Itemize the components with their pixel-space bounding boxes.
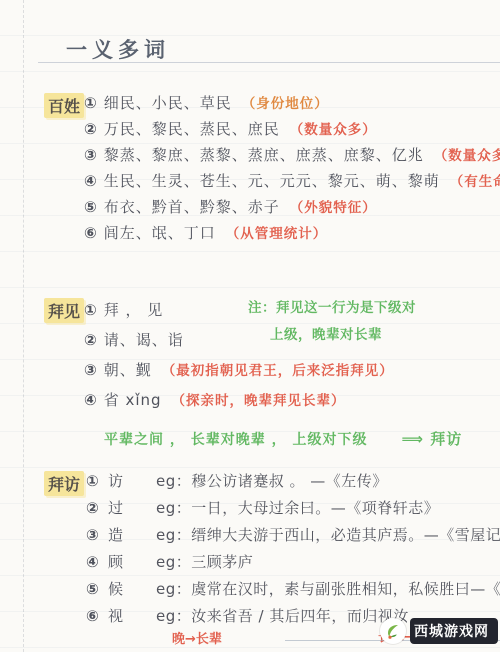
list-item: ⑤布衣、黔首、黔黎、赤子（外貌特征） bbox=[84, 194, 500, 220]
side-note-line2: 上级，晚辈对长辈 bbox=[248, 322, 416, 349]
list-item: ⑤候eg：虞常在汉时，素与副张胜相知，私候胜曰—《汉书》 bbox=[86, 576, 500, 603]
section-baifang-rows: ①访eg：穆公访诸蹇叔 。 —《左传》 ②过eg：一日，大母过余曰。—《项脊轩志… bbox=[86, 468, 500, 630]
item-word: 候 bbox=[108, 576, 156, 603]
handwritten-notes-page: 一义多词 百姓 ①细民、小民、草民（身份地位） ②万民、黎民、蒸民、庶民（数量众… bbox=[0, 0, 500, 652]
item-number: ⑤ bbox=[84, 198, 97, 216]
section-heading-baifang: 拜访 bbox=[44, 471, 84, 496]
item-example: eg：穆公访诸蹇叔 。 —《左传》 bbox=[156, 468, 388, 495]
item-number: ① bbox=[86, 468, 108, 495]
notebook-margin-line bbox=[23, 0, 24, 652]
item-words: 万民、黎民、蒸民、庶民 bbox=[104, 120, 280, 138]
item-example: eg：一日，大母过余曰。—《项脊轩志》 bbox=[156, 495, 439, 522]
item-note: （探亲时，晚辈拜见长辈） bbox=[172, 393, 346, 409]
item-note: （身份地位） bbox=[242, 96, 329, 112]
item-number: ② bbox=[84, 120, 97, 138]
item-words: 闾左、氓、丁口 bbox=[104, 224, 216, 242]
item-word: 顾 bbox=[108, 549, 156, 576]
baijian-side-note: 注：拜见这一行为是下级对 上级，晚辈对长辈 bbox=[248, 295, 416, 349]
section-heading-baixing: 百姓 bbox=[44, 93, 84, 118]
list-item: ③黎蒸、黎庶、蒸黎、蒸庶、庶蒸、庶黎、亿兆（数量众多） bbox=[84, 142, 500, 168]
item-word: 过 bbox=[108, 495, 156, 522]
list-item: ③朝、觐（最初指朝见君王，后来泛指拜见） bbox=[84, 355, 394, 385]
item-number: ④ bbox=[86, 549, 108, 576]
item-number: ② bbox=[86, 495, 108, 522]
item-number: ⑥ bbox=[84, 224, 97, 242]
item-words: 生民、生灵、苍生、元、元元、黎元、萌、黎萌 bbox=[104, 172, 440, 190]
item-number: ① bbox=[84, 301, 97, 319]
item-number: ④ bbox=[84, 391, 97, 409]
baijian-footer-rule: 平辈之间 ， 长辈对晚辈 ， 上级对下级⟹ 拜访 bbox=[104, 428, 462, 449]
arrow-to-baifang: ⟹ 拜访 bbox=[402, 430, 463, 448]
item-note: （外貌特征） bbox=[290, 200, 377, 216]
section-heading-baijian: 拜见 bbox=[44, 298, 84, 323]
item-word: 访 bbox=[108, 468, 156, 495]
item-words: 黎蒸、黎庶、蒸黎、蒸庶、庶蒸、庶黎、亿兆 bbox=[104, 146, 424, 164]
page-title: 一义多词 bbox=[66, 34, 170, 64]
list-item: ④顾eg：三顾茅庐 bbox=[86, 549, 500, 576]
item-words: 朝、觐 bbox=[104, 361, 152, 379]
list-item: ①访eg：穆公访诸蹇叔 。 —《左传》 bbox=[86, 468, 500, 495]
item-number: ① bbox=[84, 94, 97, 112]
watermark-badge: 西城游戏网 bbox=[410, 618, 498, 644]
item-number: ⑥ bbox=[86, 603, 108, 630]
item-number: ③ bbox=[86, 522, 108, 549]
list-item: ②万民、黎民、蒸民、庶民（数量众多） bbox=[84, 116, 500, 142]
watermark-text: 西城游戏网 bbox=[414, 621, 489, 641]
side-note-line1: 注：拜见这一行为是下级对 bbox=[248, 300, 416, 316]
list-item: ④生民、生灵、苍生、元、元元、黎元、萌、黎萌（有生命） bbox=[84, 168, 500, 194]
item-number: ③ bbox=[84, 361, 97, 379]
item-words: 拜 ， 见 bbox=[104, 301, 164, 319]
list-item: ④省 xǐng（探亲时，晚辈拜见长辈） bbox=[84, 385, 394, 415]
item-number: ② bbox=[84, 331, 97, 349]
item-word: 视 bbox=[108, 603, 156, 630]
item-number: ⑤ bbox=[86, 576, 108, 603]
item-note: （数量众多） bbox=[290, 122, 377, 138]
item-note: （有生命） bbox=[450, 174, 500, 190]
item-words: 省 xǐng bbox=[104, 391, 162, 409]
item-number: ③ bbox=[84, 146, 97, 164]
footer-rule-text: 平辈之间 ， 长辈对晚辈 ， 上级对下级 bbox=[104, 432, 368, 448]
item-note: （数量众多） bbox=[434, 148, 500, 164]
item-word: 造 bbox=[108, 522, 156, 549]
item-note: （最初指朝见君王，后来泛指拜见） bbox=[162, 363, 394, 379]
list-item: ②过eg：一日，大母过余曰。—《项脊轩志》 bbox=[86, 495, 500, 522]
item-example: eg：三顾茅庐 bbox=[156, 549, 253, 576]
list-item: ③造eg：缙绅大夫游于西山，必造其庐焉。—《雪屋记》 bbox=[86, 522, 500, 549]
item-note: （从管理统计） bbox=[226, 226, 328, 242]
item-words: 细民、小民、草民 bbox=[104, 94, 232, 112]
item-words: 布衣、黔首、黔黎、赤子 bbox=[104, 198, 280, 216]
item-words: 请、谒、诣 bbox=[104, 331, 184, 349]
item-number: ④ bbox=[84, 172, 97, 190]
site-watermark: 西城游戏网 bbox=[380, 616, 498, 646]
baifang-note-junior-to-senior: 晚→长辈 bbox=[172, 628, 222, 647]
list-item: ⑥闾左、氓、丁口（从管理统计） bbox=[84, 220, 500, 246]
section-baixing-rows: ①细民、小民、草民（身份地位） ②万民、黎民、蒸民、庶民（数量众多） ③黎蒸、黎… bbox=[84, 90, 500, 246]
watermark-leaf-icon bbox=[380, 618, 406, 644]
title-underline bbox=[38, 62, 500, 63]
item-example: eg：虞常在汉时，素与副张胜相知，私候胜曰—《汉书》 bbox=[156, 576, 500, 603]
list-item: ①细民、小民、草民（身份地位） bbox=[84, 90, 500, 116]
item-example: eg：缙绅大夫游于西山，必造其庐焉。—《雪屋记》 bbox=[156, 522, 500, 549]
